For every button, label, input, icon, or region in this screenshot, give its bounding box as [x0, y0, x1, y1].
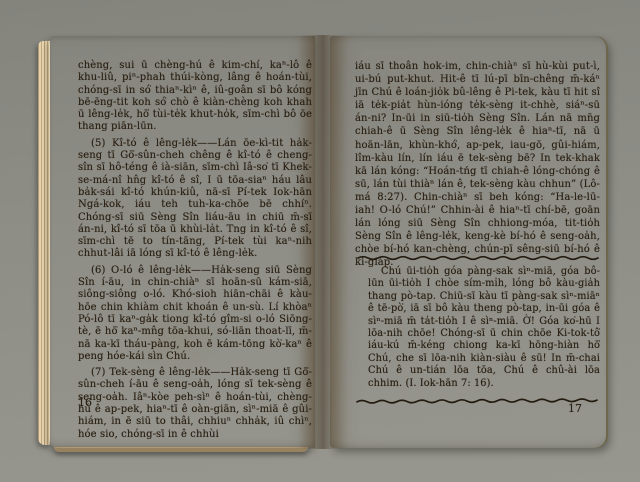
quote-block: Chú ūi-tio̍h góa pàng-sak sìⁿ-miā, góa b… [368, 266, 600, 390]
paragraph: (5) Kî-tó ê lêng-le̍k——Lán ōe-kì-tit ha̍… [78, 138, 312, 261]
paragraph: Chú ūi-tio̍h góa pàng-sak sìⁿ-miā, góa b… [368, 266, 600, 390]
page-number-right: 17 [568, 402, 582, 415]
paragraph: (6) O-ló ê lêng-le̍k——Ha̍k-seng siū Sèng… [78, 265, 312, 363]
paragraph: (7) Tek-sèng ê lêng-le̍k——Ha̍k-seng tī G… [78, 367, 312, 441]
left-page-text: chèng, sui ū chèng-hú ê kim-chí, kaⁿ-lô … [78, 60, 312, 441]
right-page-text: iáu sī thoân hok-im, chin-chiàⁿ sī hù-kù… [355, 60, 600, 270]
page-number-left: 16 [78, 396, 92, 409]
paragraph: chèng, sui ū chèng-hú ê kim-chí, kaⁿ-lô … [78, 60, 312, 134]
paragraph: iáu sī thoân hok-im, chin-chiàⁿ sī hù-kù… [355, 60, 600, 270]
scanned-book-photo: chèng, sui ū chèng-hú ê kim-chí, kaⁿ-lô … [0, 0, 640, 482]
